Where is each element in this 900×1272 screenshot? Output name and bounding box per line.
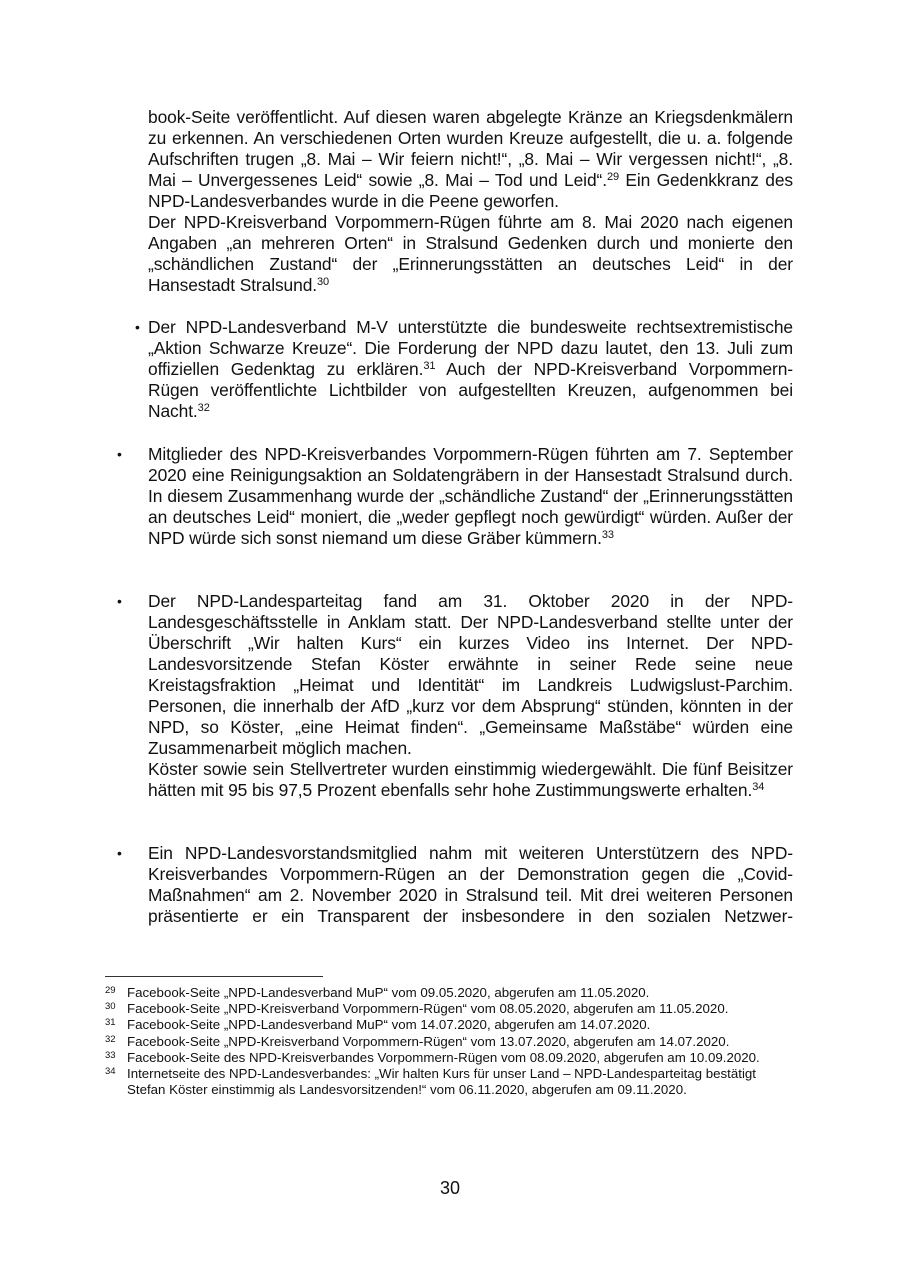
footnote-text: Facebook-Seite des NPD-Kreisverbandes Vo… — [127, 1050, 760, 1065]
paragraph-text: Der NPD-Kreisverband Vorpommern-Rügen fü… — [148, 212, 793, 296]
bullet-item-4: Ein NPD-Landesvorstandsmitglied nahm mit… — [148, 843, 793, 927]
bullet-text: Mitglieder des NPD-Kreisverbandes Vorpom… — [148, 444, 793, 549]
bullet-item-3: Der NPD-Landesparteitag fand am 31. Okto… — [148, 591, 793, 801]
footnote-ref-33[interactable]: 33 — [602, 529, 614, 541]
footnote-ref-31[interactable]: 31 — [423, 360, 435, 372]
bullet-item-2: Mitglieder des NPD-Kreisverbandes Vorpom… — [148, 444, 793, 549]
paragraph-text-span: Der NPD-Kreisverband Vorpommern-Rügen fü… — [148, 212, 793, 295]
footnote-ref-30[interactable]: 30 — [317, 276, 329, 288]
footnote-29: 29Facebook-Seite „NPD-Landesverband MuP“… — [105, 985, 795, 1001]
paragraph-text: book-Seite veröffentlicht. Auf diesen wa… — [148, 107, 793, 212]
bullet-item-1: Der NPD-Landesverband M-V unterstützte d… — [148, 317, 793, 422]
bullet-text: Ein NPD-Landesvorstandsmitglied nahm mit… — [148, 843, 793, 927]
bullet-text-span: Mitglieder des NPD-Kreisverbandes Vorpom… — [148, 444, 793, 548]
footnote-ref-34[interactable]: 34 — [752, 781, 764, 793]
footnote-ref-32[interactable]: 32 — [198, 402, 210, 414]
footnote-34: 34Internetseite des NPD-Landesverbandes:… — [105, 1066, 795, 1098]
footnote-30: 30Facebook-Seite „NPD-Kreisverband Vorpo… — [105, 1001, 795, 1017]
bullet-text-span: Ein NPD-Landesvorstandsmitglied nahm mit… — [148, 843, 793, 926]
footnote-text: Facebook-Seite „NPD-Kreisverband Vorpomm… — [127, 1034, 729, 1049]
bullet-text-span: Köster sowie sein Stellvertreter wurden … — [148, 759, 793, 800]
bullet-text-span: Der NPD-Landesparteitag fand am 31. Okto… — [148, 591, 793, 758]
bullet-text: Köster sowie sein Stellvertreter wurden … — [148, 759, 793, 801]
footnote-ref-29[interactable]: 29 — [607, 171, 619, 183]
footnote-text: Facebook-Seite „NPD-Kreisverband Vorpomm… — [127, 1001, 728, 1016]
footnote-text: Internetseite des NPD-Landesverbandes: „… — [127, 1066, 756, 1097]
footnote-text: Facebook-Seite „NPD-Landesverband MuP“ v… — [127, 1017, 650, 1032]
footnote-number: 34 — [105, 1064, 116, 1080]
bullet-marker: • — [117, 591, 122, 612]
footnote-number: 32 — [105, 1032, 116, 1048]
continuation-paragraph: book-Seite veröffentlicht. Auf diesen wa… — [148, 107, 793, 296]
footnote-text: Facebook-Seite „NPD-Landesverband MuP“ v… — [127, 985, 649, 1000]
bullet-marker: • — [117, 444, 122, 465]
footnote-32: 32Facebook-Seite „NPD-Kreisverband Vorpo… — [105, 1034, 795, 1050]
bullet-marker: • — [135, 317, 140, 338]
page-number: 30 — [0, 1178, 900, 1199]
footnote-number: 33 — [105, 1048, 116, 1064]
footnote-number: 29 — [105, 983, 116, 999]
footnote-31: 31Facebook-Seite „NPD-Landesverband MuP“… — [105, 1017, 795, 1033]
bullet-text: Der NPD-Landesparteitag fand am 31. Okto… — [148, 591, 793, 759]
bullet-marker: • — [117, 843, 122, 864]
footnote-number: 30 — [105, 999, 116, 1015]
bullet-text: Der NPD-Landesverband M-V unterstützte d… — [148, 317, 793, 422]
footnote-number: 31 — [105, 1015, 116, 1031]
footnotes: 29Facebook-Seite „NPD-Landesverband MuP“… — [105, 985, 795, 1098]
footnote-33: 33Facebook-Seite des NPD-Kreisverbandes … — [105, 1050, 795, 1066]
footnote-separator — [105, 976, 323, 977]
